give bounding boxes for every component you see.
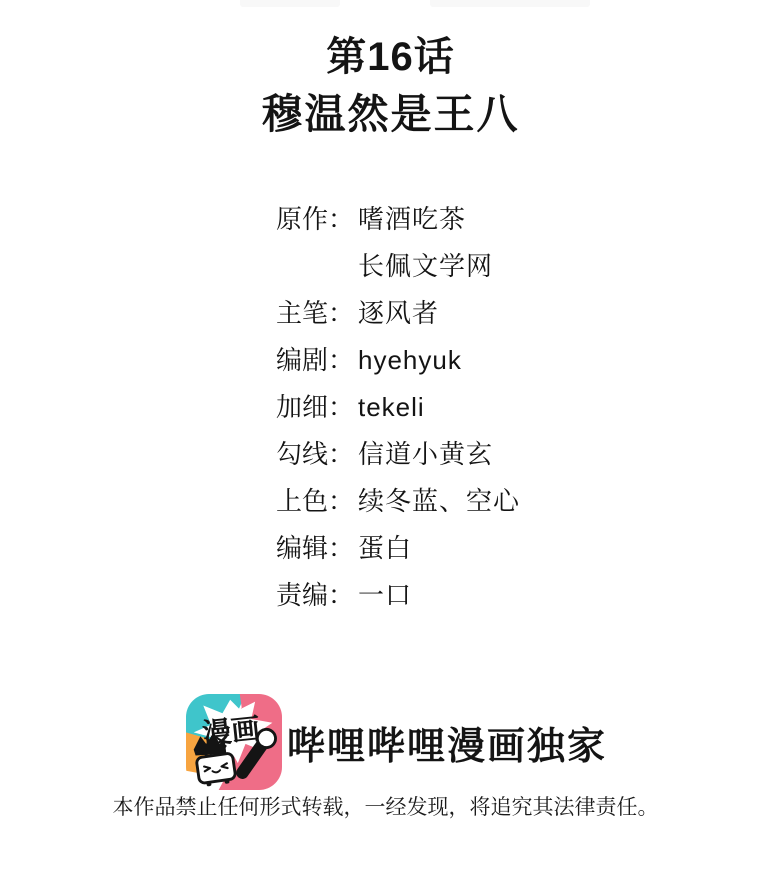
credit-row: 加细：tekeli: [276, 384, 520, 431]
publisher-banner: 漫画 哔哩哔哩漫画独家: [186, 694, 771, 790]
credit-value: 续冬蓝、空心: [358, 478, 520, 525]
credit-value: tekeli: [358, 384, 425, 431]
credit-value: 蛋白: [358, 525, 412, 572]
credit-label: 勾线：: [276, 431, 358, 478]
credit-label: 原作：: [276, 196, 358, 243]
credit-row: 责编：一口: [276, 572, 520, 619]
credit-value: 逐风者: [358, 290, 439, 337]
credit-label: 主笔：: [276, 290, 358, 337]
chapter-number: 第16话: [10, 36, 771, 78]
credit-row: 原作：嗜酒吃茶: [276, 196, 520, 243]
credit-value: 嗜酒吃茶: [358, 196, 466, 243]
credit-row: 勾线：信道小黄玄: [276, 431, 520, 478]
exclusive-label: 哔哩哔哩漫画独家: [287, 715, 607, 770]
page-header: 第16话 穆温然是王八: [0, 36, 771, 135]
bilibili-comics-logo-icon: 漫画: [186, 694, 282, 790]
credit-row: 编辑：蛋白: [276, 525, 520, 572]
chapter-title: 穆温然是王八: [10, 93, 771, 135]
top-cutoff-artifact: [240, 0, 340, 7]
credit-value: hyehyuk: [358, 337, 462, 384]
credit-value: 信道小黄玄: [358, 431, 493, 478]
credit-label: 编辑：: [276, 525, 358, 572]
copyright-disclaimer: 本作品禁止任何形式转载，一经发现，将追究其法律责任。: [0, 795, 771, 821]
credit-row: 长佩文学网: [276, 243, 520, 290]
credit-label: 责编：: [276, 572, 358, 619]
credit-row: 编剧：hyehyuk: [276, 337, 520, 384]
credit-label: 加细：: [276, 384, 358, 431]
credit-row: 上色：续冬蓝、空心: [276, 478, 520, 525]
top-cutoff-artifact: [430, 0, 590, 7]
credit-value: 一口: [358, 572, 412, 619]
credits-list: 原作：嗜酒吃茶 长佩文学网 主笔：逐风者 编剧：hyehyuk 加细：tekel…: [276, 196, 520, 619]
credit-label: 编剧：: [276, 337, 358, 384]
credit-value: 长佩文学网: [358, 243, 493, 290]
credit-row: 主笔：逐风者: [276, 290, 520, 337]
credit-label: 上色：: [276, 478, 358, 525]
